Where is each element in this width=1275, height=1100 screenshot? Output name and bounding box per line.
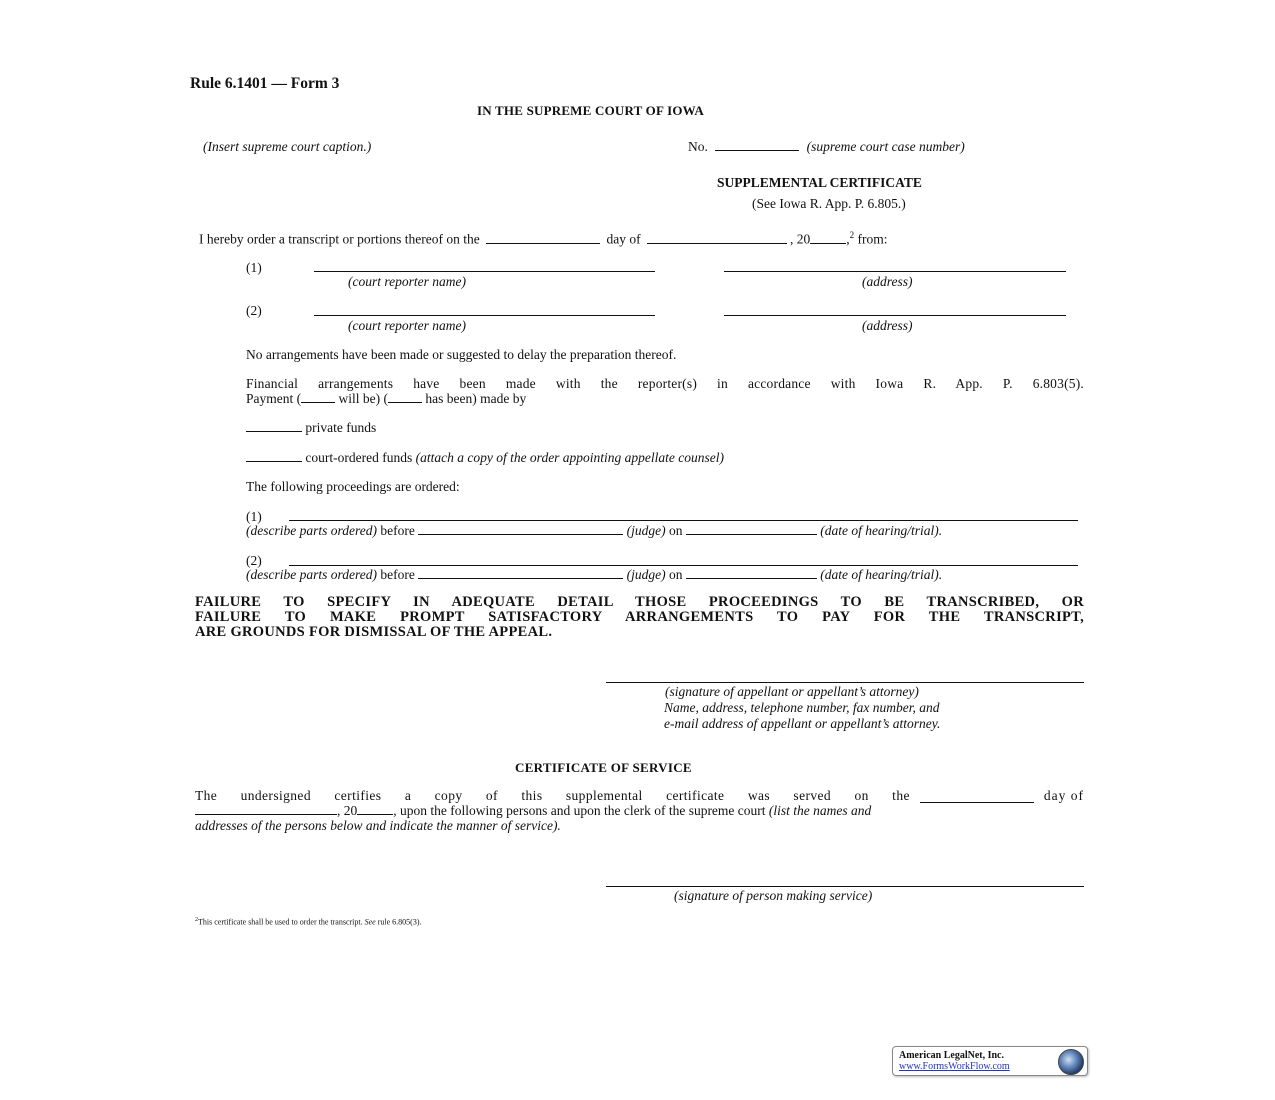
proceeding-1-describe-field[interactable]	[289, 520, 1078, 521]
logo-url-link[interactable]: www.FormsWorkFlow.com	[899, 1061, 1010, 1072]
date-hint: (date of hearing/trial).	[820, 567, 942, 582]
service-line-1-text: The undersigned certifies a copy of this…	[195, 788, 910, 804]
court-funds-note: (attach a copy of the order appointing a…	[416, 450, 724, 465]
proceeding-2-describe-hint: (describe parts ordered)	[246, 567, 377, 582]
reporter-2-address-hint: (address)	[862, 318, 913, 334]
american-legalnet-logo[interactable]: American LegalNet, Inc. www.FormsWorkFlo…	[892, 1046, 1088, 1076]
on-label: on	[669, 567, 683, 582]
proceeding-2-date-field[interactable]	[686, 577, 817, 579]
service-year-field[interactable]	[357, 813, 393, 815]
reporter-2-num: (2)	[246, 303, 262, 319]
logo-company-name: American LegalNet, Inc.	[899, 1050, 1004, 1061]
proceeding-2-row: (describe parts ordered) before (judge) …	[246, 567, 942, 583]
before-label: before	[380, 567, 414, 582]
globe-icon	[1058, 1049, 1084, 1075]
footnote-see: See	[365, 918, 376, 927]
warning-line-2: FAILURE TO MAKE PROMPT SATISFACTORY ARRA…	[195, 610, 1084, 625]
reporter-1-address-field[interactable]	[724, 271, 1066, 272]
from-label: from:	[858, 232, 888, 247]
form-title: SUPPLEMENTAL CERTIFICATE	[717, 175, 922, 191]
court-name: IN THE SUPREME COURT OF IOWA	[477, 103, 704, 119]
service-day-field[interactable]	[920, 801, 1034, 803]
order-day-field[interactable]	[486, 242, 600, 244]
private-funds-field[interactable]	[246, 430, 302, 432]
payment-line: Payment ( will be) ( has been) made by	[246, 391, 526, 407]
private-funds-row: private funds	[246, 420, 376, 436]
caption-placeholder: (Insert supreme court caption.)	[203, 139, 371, 155]
date-hint: (date of hearing/trial).	[820, 523, 942, 538]
service-title: CERTIFICATE OF SERVICE	[515, 760, 692, 776]
case-number-row: No. (supreme court case number)	[688, 139, 965, 155]
reporter-1-address-hint: (address)	[862, 274, 913, 290]
financial-arrangements-text: Financial arrangements have been made wi…	[246, 376, 1084, 392]
court-funds-row: court-ordered funds (attach a copy of th…	[246, 450, 724, 466]
has-been-label: has been) made by	[425, 391, 526, 406]
no-arrangements-text: No arrangements have been made or sugges…	[246, 347, 676, 363]
reporter-1-name-hint: (court reporter name)	[348, 274, 466, 290]
service-line-2: , 20, upon the following persons and upo…	[195, 803, 871, 819]
footnote-text: This certificate shall be used to order …	[198, 918, 363, 927]
has-been-field[interactable]	[388, 401, 422, 403]
proceeding-1-describe-hint: (describe parts ordered)	[246, 523, 377, 538]
service-line-1: The undersigned certifies a copy of this…	[195, 788, 1084, 804]
on-label: on	[669, 523, 683, 538]
day-of-label: day of	[607, 232, 641, 247]
appellant-signature-field[interactable]	[606, 682, 1084, 683]
warning-line-3: ARE GROUNDS FOR DISMISSAL OF THE APPEAL.	[195, 625, 552, 640]
order-month-field[interactable]	[647, 242, 787, 244]
footnote-ref-text: rule 6.805(3).	[378, 918, 422, 927]
order-year-field[interactable]	[810, 242, 846, 244]
service-line-2-text: , upon the following persons and upon th…	[393, 803, 765, 818]
will-be-label: will be) (	[339, 391, 389, 406]
footnote: 2This certificate shall be used to order…	[195, 917, 421, 927]
case-number-hint: (supreme court case number)	[807, 139, 965, 154]
private-funds-label: private funds	[305, 420, 376, 435]
appellant-info-line-1: Name, address, telephone number, fax num…	[664, 700, 939, 716]
appellant-signature-label: (signature of appellant or appellant’s a…	[665, 684, 919, 700]
footnote-ref: 2	[850, 230, 855, 240]
reporter-2-name-field[interactable]	[314, 315, 655, 316]
service-line-2-italic: (list the names and	[769, 803, 871, 818]
proceeding-1-date-field[interactable]	[686, 533, 817, 535]
year-prefix: , 20	[790, 232, 810, 247]
proceeding-2-describe-field[interactable]	[289, 565, 1078, 566]
service-signature-label: (signature of person making service)	[674, 888, 872, 904]
will-be-field[interactable]	[301, 401, 335, 403]
service-day-of: day of	[1044, 788, 1084, 804]
service-line-3: addresses of the persons below and indic…	[195, 818, 561, 834]
reporter-2-address-field[interactable]	[724, 315, 1066, 316]
order-intro: I hereby order a transcript or portions …	[199, 232, 480, 247]
proceeding-1-judge-field[interactable]	[418, 533, 623, 535]
payment-prefix: Payment (	[246, 391, 301, 406]
appellant-info-line-2: e-mail address of appellant or appellant…	[664, 716, 940, 732]
court-funds-label: court-ordered funds	[305, 450, 412, 465]
court-funds-field[interactable]	[246, 460, 302, 462]
service-signature-field[interactable]	[606, 886, 1084, 887]
proceedings-intro: The following proceedings are ordered:	[246, 479, 460, 495]
judge-hint: (judge)	[627, 523, 666, 538]
service-month-field[interactable]	[195, 813, 337, 815]
judge-hint: (judge)	[627, 567, 666, 582]
proceeding-2-judge-field[interactable]	[418, 577, 623, 579]
case-number-label: No.	[688, 139, 708, 154]
service-year-prefix: , 20	[337, 803, 357, 818]
reporter-1-num: (1)	[246, 260, 262, 276]
before-label: before	[380, 523, 414, 538]
warning-line-1: FAILURE TO SPECIFY IN ADEQUATE DETAIL TH…	[195, 595, 1084, 610]
reporter-2-name-hint: (court reporter name)	[348, 318, 466, 334]
case-number-field[interactable]	[715, 149, 799, 151]
reporter-1-name-field[interactable]	[314, 271, 655, 272]
form-subtitle: (See Iowa R. App. P. 6.805.)	[752, 196, 906, 212]
proceeding-1-row: (describe parts ordered) before (judge) …	[246, 523, 942, 539]
order-line: I hereby order a transcript or portions …	[199, 230, 888, 248]
rule-heading: Rule 6.1401 — Form 3	[190, 75, 339, 93]
